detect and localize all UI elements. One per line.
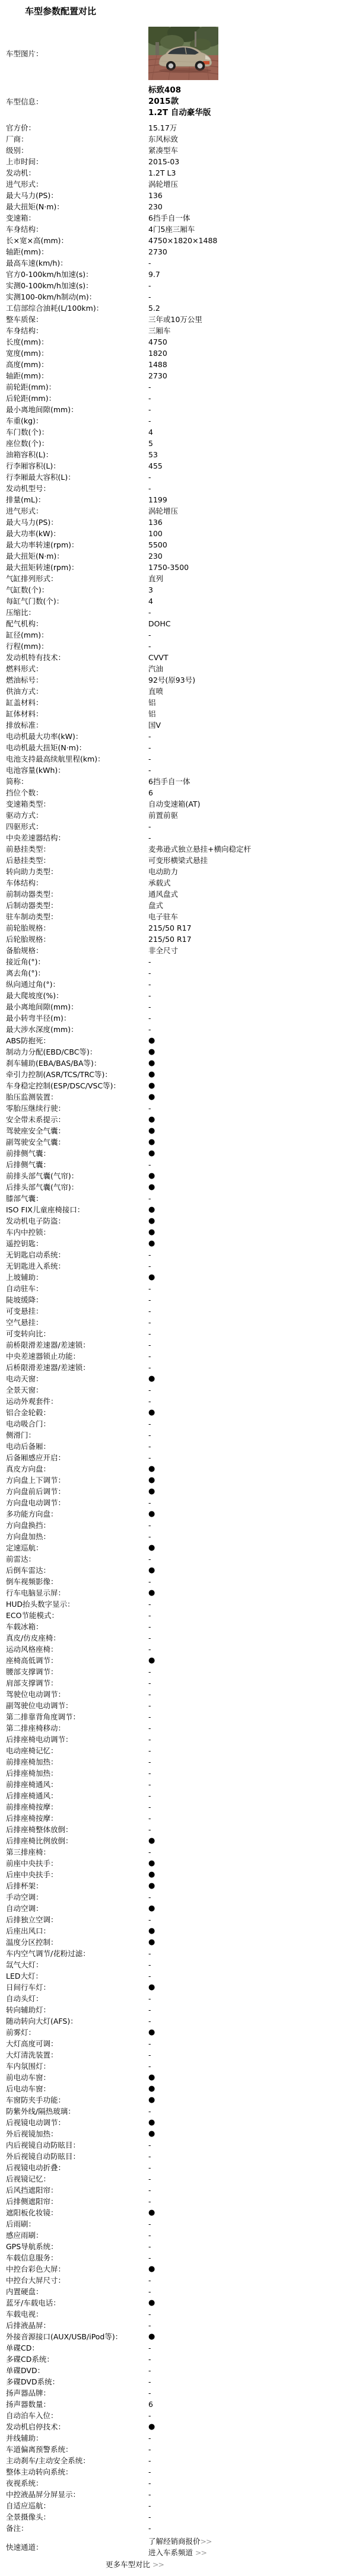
spec-row: GPS导航系统：- bbox=[0, 2241, 356, 2252]
spec-label: 上坡辅助： bbox=[0, 1272, 148, 1283]
spec-label: 随动转向大灯(AFS)： bbox=[0, 2015, 148, 2027]
spec-label: 真皮/仿皮座椅： bbox=[0, 1632, 148, 1644]
spec-label: 副驾驶安全气囊： bbox=[0, 1136, 148, 1148]
car-photo[interactable] bbox=[148, 27, 218, 80]
spec-row: 行李厢最大容积(L)：- bbox=[0, 472, 356, 483]
spec-value-dot: ● bbox=[148, 2117, 356, 2128]
spec-row: 最大扭矩转速(rpm)：1750-3500 bbox=[0, 562, 356, 573]
spec-value-dot: ● bbox=[148, 2027, 356, 2038]
spec-row: 车窗防夹手功能：● bbox=[0, 2094, 356, 2106]
spec-value: - bbox=[148, 483, 356, 494]
spec-label: 真皮方向盘： bbox=[0, 1463, 148, 1475]
spec-label: 后排头部气囊(气帘)： bbox=[0, 1182, 148, 1193]
spec-label: 安全带未系提示： bbox=[0, 1114, 148, 1125]
spec-row: 多碟CD系统：- bbox=[0, 2354, 356, 2365]
spec-value: - bbox=[148, 1768, 356, 1779]
spec-row: 发动机型号：- bbox=[0, 483, 356, 494]
spec-label: 发动机特有技术： bbox=[0, 652, 148, 663]
car-image-label: 车型图片： bbox=[0, 48, 148, 59]
spec-label: 长×宽×高(mm)： bbox=[0, 235, 148, 246]
spec-label: 氙气大灯： bbox=[0, 1959, 148, 1970]
spec-row: 官方价：15.17万 bbox=[0, 122, 356, 133]
spec-label: 膝部气囊： bbox=[0, 1193, 148, 1204]
spec-row: 后排独立空调：- bbox=[0, 1914, 356, 1925]
spec-value: 15.17万 bbox=[148, 122, 356, 133]
spec-row: 压缩比：- bbox=[0, 607, 356, 618]
spec-row: 运动外观套件：- bbox=[0, 1396, 356, 1407]
spec-value: - bbox=[148, 1520, 356, 1531]
spec-row: 前制动器类型：通风盘式 bbox=[0, 889, 356, 900]
spec-value: - bbox=[148, 393, 356, 404]
spec-label: 扬声器品牌： bbox=[0, 2387, 148, 2399]
spec-label: 日间行车灯： bbox=[0, 1982, 148, 1993]
spec-row: 全景天窗：- bbox=[0, 1384, 356, 1396]
spec-value: - bbox=[148, 1846, 356, 1858]
spec-label: 上市时间： bbox=[0, 156, 148, 167]
spec-label: 车身结构： bbox=[0, 325, 148, 336]
spec-value-dot: ● bbox=[148, 1148, 356, 1159]
spec-value: - bbox=[148, 1711, 356, 1722]
spec-row: 每缸气门数(个)：4 bbox=[0, 596, 356, 607]
spec-value: - bbox=[148, 1970, 356, 1982]
spec-row: 后排头部气囊(气帘)：● bbox=[0, 1182, 356, 1193]
spec-label: 电池支持最高续航里程(km)： bbox=[0, 753, 148, 765]
spec-label: 离去角(°)： bbox=[0, 967, 148, 979]
spec-value: - bbox=[148, 2387, 356, 2399]
spec-row: 前座中央扶手：● bbox=[0, 1858, 356, 1869]
spec-value-dot: ● bbox=[148, 2263, 356, 2275]
spec-label: 级别： bbox=[0, 145, 148, 156]
spec-label: 燃料形式： bbox=[0, 663, 148, 674]
spec-row: 纵向通过角(°)：- bbox=[0, 979, 356, 990]
spec-label: 驾驶座安全气囊： bbox=[0, 1125, 148, 1136]
spec-label: 夜视系统： bbox=[0, 2478, 148, 2489]
spec-row: 前排座椅加热：- bbox=[0, 1756, 356, 1768]
spec-label: 最大扭矩(N·m)： bbox=[0, 201, 148, 212]
spec-value: 非全尺寸 bbox=[148, 945, 356, 956]
spec-value: - bbox=[148, 1497, 356, 1508]
spec-label: 胎压监测装置： bbox=[0, 1091, 148, 1103]
spec-value: 三厢车 bbox=[148, 325, 356, 336]
spec-value: - bbox=[148, 2173, 356, 2185]
spec-row: 外后视镜加热：● bbox=[0, 2128, 356, 2139]
spec-value: - bbox=[148, 1666, 356, 1677]
spec-label: 气缸数(个)： bbox=[0, 584, 148, 596]
more-compare-link[interactable]: 更多车型对比 >> bbox=[106, 2560, 164, 2569]
spec-value: - bbox=[148, 607, 356, 618]
spec-row: HUD抬头数字显示：- bbox=[0, 1599, 356, 1610]
spec-label: 肩部支撑调节： bbox=[0, 1677, 148, 1689]
spec-label: 接近角(°)： bbox=[0, 956, 148, 967]
spec-row: 可变悬挂：- bbox=[0, 1305, 356, 1317]
spec-value: - bbox=[148, 1396, 356, 1407]
spec-row: 自动泊车入位：- bbox=[0, 2410, 356, 2421]
spec-row: 配气机构：DOHC bbox=[0, 618, 356, 629]
spec-value: - bbox=[148, 2354, 356, 2365]
spec-label: 中央差速器锁止功能： bbox=[0, 1351, 148, 1362]
spec-value: 136 bbox=[148, 517, 356, 528]
quick-channel-label: 快速通道： bbox=[0, 2542, 148, 2553]
spec-value: 6挡手自一体 bbox=[148, 212, 356, 224]
spec-row: 氙气大灯：- bbox=[0, 1959, 356, 1970]
spec-row: 前排座椅通风：- bbox=[0, 1779, 356, 1790]
car-shadow bbox=[159, 68, 211, 73]
spec-row: 后轮距(mm)：- bbox=[0, 393, 356, 404]
spec-label: 排放标准： bbox=[0, 719, 148, 731]
spec-label: 缸径(mm)： bbox=[0, 629, 148, 641]
spec-row: 车门数(个)：4 bbox=[0, 426, 356, 438]
car-info-row: 车型信息： 标致408 2015款 1.2T 自动豪华版 bbox=[0, 85, 356, 119]
spec-value: 2015-03 bbox=[148, 156, 356, 167]
spec-label: 轴距(mm)： bbox=[0, 246, 148, 257]
spec-label: ECO节能模式： bbox=[0, 1610, 148, 1621]
spec-label: 后座中央扶手： bbox=[0, 1869, 148, 1880]
spec-value: - bbox=[148, 2365, 356, 2376]
spec-label: 车门数(个)： bbox=[0, 426, 148, 438]
car-info: 标致408 2015款 1.2T 自动豪华版 bbox=[148, 85, 356, 119]
spec-value: 铝 bbox=[148, 697, 356, 708]
spec-row: 单碟CD：- bbox=[0, 2342, 356, 2354]
spec-value: 3 bbox=[148, 584, 356, 596]
spec-rows: 官方价：15.17万厂商：东风标致级别：紧凑型车上市时间：2015-03发动机：… bbox=[0, 122, 356, 2534]
spec-value-dot: ● bbox=[148, 2421, 356, 2432]
spec-label: 后排座椅加热： bbox=[0, 1768, 148, 1779]
dealer-quote-link[interactable]: 了解经销商报价>> bbox=[148, 2536, 356, 2547]
spec-row: 单碟DVD：- bbox=[0, 2365, 356, 2376]
spec-value: - bbox=[148, 381, 356, 393]
spec-row: 座椅高低调节：● bbox=[0, 1655, 356, 1666]
chevron-right-icon: >> bbox=[152, 2560, 164, 2569]
spec-label: 进气形式： bbox=[0, 179, 148, 190]
spec-row: 轴距(mm)：2730 bbox=[0, 246, 356, 257]
spec-row: 后视镜记忆：- bbox=[0, 2173, 356, 2185]
spec-label: 遮阳板化妆镜： bbox=[0, 2207, 148, 2218]
spec-value: - bbox=[148, 956, 356, 967]
spec-label: 最大扭矩(N·m)： bbox=[0, 550, 148, 562]
spec-value-dot: ● bbox=[148, 1227, 356, 1238]
spec-value: - bbox=[148, 979, 356, 990]
spec-row: 最大马力(PS)：136 bbox=[0, 517, 356, 528]
spec-label: 方向盘加热： bbox=[0, 1531, 148, 1542]
spec-label: 后倒车雷达： bbox=[0, 1565, 148, 1576]
spec-value: - bbox=[148, 2162, 356, 2173]
spec-value-dot: ● bbox=[148, 1272, 356, 1283]
spec-value: - bbox=[148, 2185, 356, 2196]
spec-row: 座位数(个)：5 bbox=[0, 438, 356, 449]
spec-row: 方向盘加热：- bbox=[0, 1531, 356, 1542]
spec-label: 多功能方向盘： bbox=[0, 1508, 148, 1520]
spec-value: - bbox=[148, 2466, 356, 2478]
spec-value-dot: ● bbox=[148, 1486, 356, 1497]
spec-row: 驾驶座安全气囊：● bbox=[0, 1125, 356, 1136]
spec-label: 后排座椅通风： bbox=[0, 1790, 148, 1801]
spec-label: 车身稳定控制(ESP/DSC/VSC等)： bbox=[0, 1080, 148, 1091]
spec-label: 前制动器类型： bbox=[0, 889, 148, 900]
spec-row: 前排头部气囊(气帘)：● bbox=[0, 1170, 356, 1182]
spec-value: - bbox=[148, 641, 356, 652]
spec-label: 最大涉水深度(mm)： bbox=[0, 1024, 148, 1035]
spec-label: 铝合金轮毂： bbox=[0, 1407, 148, 1418]
spec-value: 455 bbox=[148, 460, 356, 472]
spec-value: - bbox=[148, 1103, 356, 1114]
spec-row: 蓝牙/车载电话：● bbox=[0, 2297, 356, 2308]
spec-row: 第二排靠背角度调节：- bbox=[0, 1711, 356, 1722]
spec-row: 零胎压继续行驶：- bbox=[0, 1103, 356, 1114]
spec-row: 内置硬盘：- bbox=[0, 2286, 356, 2297]
car-model-year: 2015款 bbox=[148, 96, 356, 107]
spec-value: - bbox=[148, 1689, 356, 1700]
spec-row: 腰部支撑调节：- bbox=[0, 1666, 356, 1677]
spec-value: - bbox=[148, 1260, 356, 1272]
spec-row: 工信部综合油耗(L/100km)：5.2 bbox=[0, 303, 356, 314]
spec-label: 行程(mm)： bbox=[0, 641, 148, 652]
spec-row: 行李厢容积(L)：455 bbox=[0, 460, 356, 472]
spec-value-dot: ● bbox=[148, 1475, 356, 1486]
spec-row: 运动风格座椅：- bbox=[0, 1644, 356, 1655]
spec-value-dot: ● bbox=[148, 1114, 356, 1125]
spec-label: 电动机最大扭矩(N·m)： bbox=[0, 742, 148, 753]
spec-row: 燃油标号：92号(原93号) bbox=[0, 674, 356, 686]
spec-label: 前排头部气囊(气帘)： bbox=[0, 1170, 148, 1182]
spec-label: 牵引力控制(ASR/TCS/TRC等)： bbox=[0, 1069, 148, 1080]
spec-row: 备胎规格：非全尺寸 bbox=[0, 945, 356, 956]
spec-value: - bbox=[148, 2196, 356, 2207]
spec-label: 无钥匙进入系统： bbox=[0, 1260, 148, 1272]
spec-label: 驾驶位电动调节： bbox=[0, 1689, 148, 1700]
spec-label: 遥控钥匙： bbox=[0, 1238, 148, 1249]
spec-label: 前轮距(mm)： bbox=[0, 381, 148, 393]
spec-value: 直喷 bbox=[148, 686, 356, 697]
spec-row: 前轮距(mm)：- bbox=[0, 381, 356, 393]
spec-row: 最高车速(km/h)：- bbox=[0, 257, 356, 269]
spec-label: 第二排座椅移动： bbox=[0, 1722, 148, 1734]
spec-value-dot: ● bbox=[148, 1373, 356, 1384]
spec-label: 后排液晶屏： bbox=[0, 2320, 148, 2331]
spec-row: 方向盘换挡：- bbox=[0, 1520, 356, 1531]
spec-value: DOHC bbox=[148, 618, 356, 629]
spec-value: - bbox=[148, 1790, 356, 1801]
spec-value: 紧凑型车 bbox=[148, 145, 356, 156]
spec-row: 缸体材料：铝 bbox=[0, 708, 356, 719]
spec-label: 后雨刷： bbox=[0, 2218, 148, 2230]
spec-label: 变速箱类型： bbox=[0, 798, 148, 810]
spec-value: - bbox=[148, 2038, 356, 2049]
spec-value: - bbox=[148, 1441, 356, 1452]
spec-row: 车身结构：三厢车 bbox=[0, 325, 356, 336]
spec-label: 感应雨刷： bbox=[0, 2230, 148, 2241]
spec-value: - bbox=[148, 1001, 356, 1012]
spec-value: 5500 bbox=[148, 539, 356, 550]
spec-row: 转向辅助灯：- bbox=[0, 2004, 356, 2015]
spec-value: - bbox=[148, 742, 356, 753]
spec-label: 后电动车窗： bbox=[0, 2083, 148, 2094]
spec-value: - bbox=[148, 1362, 356, 1373]
spec-label: 制动力分配(EBD/CBC等)： bbox=[0, 1046, 148, 1058]
spec-label: 整体主动转向系统： bbox=[0, 2466, 148, 2478]
spec-value: - bbox=[148, 2511, 356, 2523]
spec-value: - bbox=[148, 2106, 356, 2117]
spec-row: 前排侧气囊：● bbox=[0, 1148, 356, 1159]
spec-label: 最大马力(PS)： bbox=[0, 517, 148, 528]
spec-value: 2730 bbox=[148, 370, 356, 381]
spec-row: 官方0-100km/h加速(s)：9.7 bbox=[0, 269, 356, 280]
spec-row: 后排座椅通风：- bbox=[0, 1790, 356, 1801]
spec-row: 遥控钥匙：● bbox=[0, 1238, 356, 1249]
spec-label: 发动机启停技术： bbox=[0, 2421, 148, 2432]
spec-row: 并线辅助：- bbox=[0, 2432, 356, 2444]
spec-label: 温度分区控制： bbox=[0, 1937, 148, 1948]
spec-label: 中控台大屏尺寸： bbox=[0, 2275, 148, 2286]
spec-value-dot: ● bbox=[148, 1238, 356, 1249]
spec-label: 后制动器类型： bbox=[0, 900, 148, 911]
spec-value-dot: ● bbox=[148, 2094, 356, 2106]
spec-value: - bbox=[148, 1429, 356, 1441]
spec-label: 转向助力类型： bbox=[0, 866, 148, 877]
spec-label: 行李厢容积(L)： bbox=[0, 460, 148, 472]
spec-label: 电动座椅记忆： bbox=[0, 1745, 148, 1756]
spec-label: 前雾灯： bbox=[0, 2027, 148, 2038]
spec-row: 侧滑门：- bbox=[0, 1429, 356, 1441]
spec-label: 前座中央扶手： bbox=[0, 1858, 148, 1869]
spec-label: 座椅高低调节： bbox=[0, 1655, 148, 1666]
spec-row: 车身稳定控制(ESP/DSC/VSC等)：● bbox=[0, 1080, 356, 1091]
spec-label: 第三排座椅： bbox=[0, 1846, 148, 1858]
spec-row: 长度(mm)：4750 bbox=[0, 336, 356, 348]
spec-row: 排放标准：国V bbox=[0, 719, 356, 731]
spec-row: 最大扭矩(N·m)：230 bbox=[0, 550, 356, 562]
spec-value: - bbox=[148, 2015, 356, 2027]
spec-label: 最小转弯半径(m)： bbox=[0, 1012, 148, 1024]
spec-value: - bbox=[148, 1452, 356, 1463]
spec-label: 内后视镜自动防眩目： bbox=[0, 2139, 148, 2151]
spec-value: - bbox=[148, 280, 356, 291]
spec-value-dot: ● bbox=[148, 1937, 356, 1948]
spec-row: 遮阳板化妆镜：● bbox=[0, 2207, 356, 2218]
spec-value: - bbox=[148, 990, 356, 1001]
spec-row: 后排侧气囊：- bbox=[0, 1159, 356, 1170]
spec-row: 挡位个数：6 bbox=[0, 787, 356, 798]
spec-value: - bbox=[148, 1610, 356, 1621]
spec-value: 自动变速箱(AT) bbox=[148, 798, 356, 810]
spec-row: 油箱容积(L)：53 bbox=[0, 449, 356, 460]
spec-row: 防紫外线/隔热玻璃：- bbox=[0, 2106, 356, 2117]
spec-value: 1199 bbox=[148, 494, 356, 505]
spec-label: 转向辅助灯： bbox=[0, 2004, 148, 2015]
spec-label: 轴距(mm)： bbox=[0, 370, 148, 381]
spec-value: 4750×1820×1488 bbox=[148, 235, 356, 246]
spec-value-dot: ● bbox=[148, 1058, 356, 1069]
spec-label: 蓝牙/车载电话： bbox=[0, 2297, 148, 2308]
spec-row: 最大扭矩(N·m)：230 bbox=[0, 201, 356, 212]
spec-label: 刹车辅助(EBA/BAS/BA等)： bbox=[0, 1058, 148, 1069]
spec-value: - bbox=[148, 821, 356, 832]
spec-label: 工信部综合油耗(L/100km)： bbox=[0, 303, 148, 314]
spec-row: 宽度(mm)：1820 bbox=[0, 348, 356, 359]
spec-label: 宽度(mm)： bbox=[0, 348, 148, 359]
spec-label: 行李厢最大容积(L)： bbox=[0, 472, 148, 483]
spec-label: 全景天窗： bbox=[0, 1384, 148, 1396]
spec-row: 方向盘上下调节：● bbox=[0, 1475, 356, 1486]
spec-row: 后制动器类型：盘式 bbox=[0, 900, 356, 911]
spec-row: 车身结构：4门5座三厢车 bbox=[0, 224, 356, 235]
spec-label: 车载电视： bbox=[0, 2308, 148, 2320]
spec-value: - bbox=[148, 1317, 356, 1328]
spec-value: 东风标致 bbox=[148, 133, 356, 145]
spec-label: 配气机构： bbox=[0, 618, 148, 629]
spec-value-dot: ● bbox=[148, 2331, 356, 2342]
spec-value: - bbox=[148, 629, 356, 641]
spec-label: 后排座椅整体放倒： bbox=[0, 1824, 148, 1835]
spec-row: 副驾驶安全气囊：● bbox=[0, 1136, 356, 1148]
spec-value: 230 bbox=[148, 201, 356, 212]
spec-value: - bbox=[148, 1824, 356, 1835]
chevron-right-icon: >> bbox=[201, 2537, 212, 2546]
spec-row: 备注：- bbox=[0, 2523, 356, 2534]
spec-value: 麦弗逊式独立悬挂+横向稳定杆 bbox=[148, 843, 356, 855]
spec-value: - bbox=[148, 1993, 356, 2004]
spec-row: 牵引力控制(ASR/TCS/TRC等)：● bbox=[0, 1069, 356, 1080]
series-channel-link[interactable]: 进入车系频道 >> bbox=[148, 2547, 356, 2558]
spec-value: - bbox=[148, 765, 356, 776]
spec-label: 车内中控锁： bbox=[0, 1227, 148, 1238]
spec-value-dot: ● bbox=[148, 2207, 356, 2218]
spec-value: - bbox=[148, 2241, 356, 2252]
spec-value: 230 bbox=[148, 550, 356, 562]
spec-row: 进气形式：涡轮增压 bbox=[0, 179, 356, 190]
spec-label: 前排侧气囊： bbox=[0, 1148, 148, 1159]
spec-value: 4 bbox=[148, 426, 356, 438]
spec-label: 方向盘电动调节： bbox=[0, 1497, 148, 1508]
spec-row: LED大灯：- bbox=[0, 1970, 356, 1982]
spec-row: 制动力分配(EBD/CBC等)：● bbox=[0, 1046, 356, 1058]
spec-value: - bbox=[148, 2342, 356, 2354]
spec-label: 挡位个数： bbox=[0, 787, 148, 798]
spec-value: - bbox=[148, 832, 356, 843]
spec-label: 后排侧遮阳帘： bbox=[0, 2196, 148, 2207]
spec-label: 变速箱： bbox=[0, 212, 148, 224]
spec-label: 中控台彩色大屏： bbox=[0, 2263, 148, 2275]
spec-value-dot: ● bbox=[148, 1858, 356, 1869]
spec-label: 可变悬挂： bbox=[0, 1305, 148, 1317]
spec-value: - bbox=[148, 1193, 356, 1204]
spec-row: 自动驻车：- bbox=[0, 1283, 356, 1294]
spec-label: 电动机最大功率(kW)： bbox=[0, 731, 148, 742]
spec-row: 倒车视频影像：- bbox=[0, 1576, 356, 1587]
spec-row: 日间行车灯：● bbox=[0, 1982, 356, 1993]
spec-label: 电动吸合门： bbox=[0, 1418, 148, 1429]
spec-row: 车载信息服务：- bbox=[0, 2252, 356, 2263]
spec-label: ISO FIX儿童座椅接口： bbox=[0, 1204, 148, 1215]
spec-value-dot: ● bbox=[148, 1035, 356, 1046]
spec-value: 通风盘式 bbox=[148, 889, 356, 900]
spec-label: 自动泊车入位： bbox=[0, 2410, 148, 2421]
spec-label: 进气形式： bbox=[0, 505, 148, 517]
spec-label: 排量(mL)： bbox=[0, 494, 148, 505]
spec-row: 电动后备厢：- bbox=[0, 1441, 356, 1452]
spec-label: 简称： bbox=[0, 776, 148, 787]
spec-label: 后视镜电动调节： bbox=[0, 2117, 148, 2128]
spec-value: 5.2 bbox=[148, 303, 356, 314]
spec-value: CVVT bbox=[148, 652, 356, 663]
spec-label: 最大马力(PS)： bbox=[0, 190, 148, 201]
spec-value: - bbox=[148, 967, 356, 979]
spec-value: 6 bbox=[148, 2399, 356, 2410]
spec-row: 最大马力(PS)：136 bbox=[0, 190, 356, 201]
spec-label: 手动空调： bbox=[0, 1892, 148, 1903]
spec-label: 官方价： bbox=[0, 122, 148, 133]
spec-row: 最大功率(kW)：100 bbox=[0, 528, 356, 539]
spec-row: 离去角(°)：- bbox=[0, 967, 356, 979]
